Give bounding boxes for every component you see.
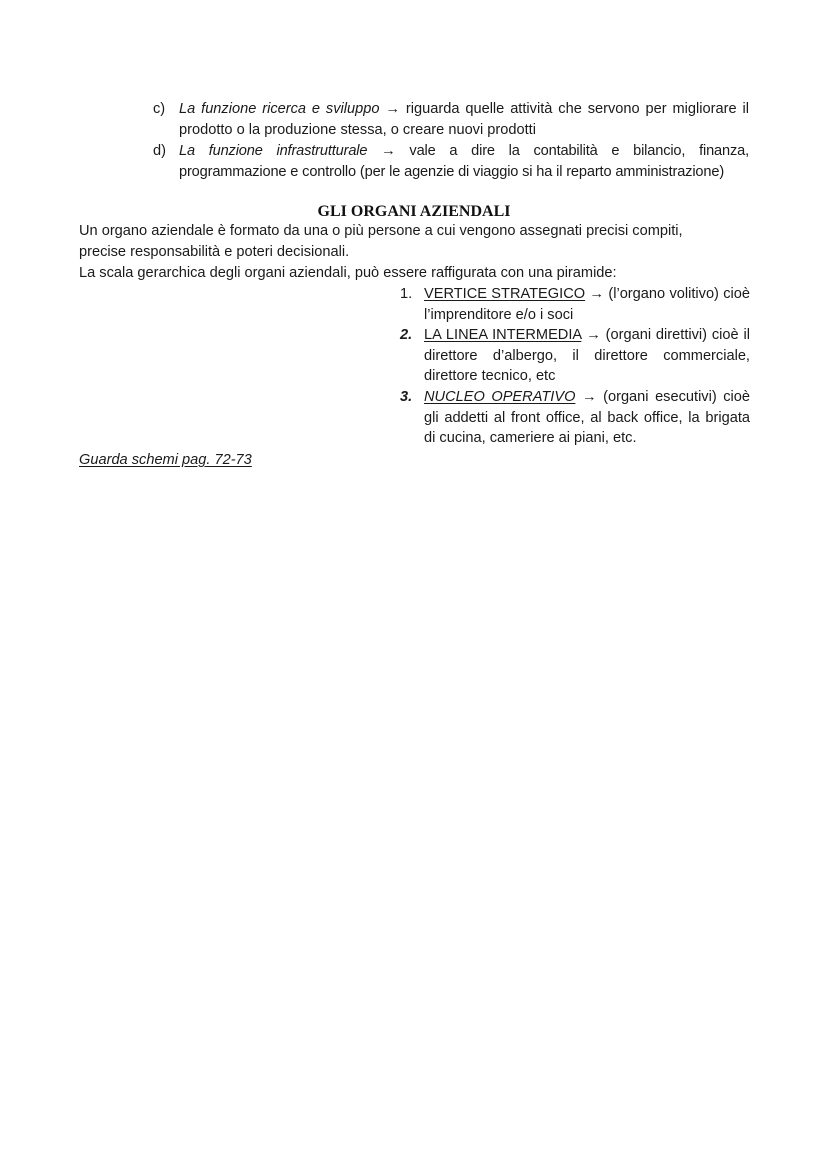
item-title: La funzione infrastrutturale (179, 143, 367, 159)
item-title: VERTICE STRATEGICO (424, 286, 585, 302)
section-heading: GLI ORGANI AZIENDALI (0, 201, 828, 223)
list-marker: 1. (400, 284, 412, 305)
paragraph-definition-line-1: Un organo aziendale è formato da una o p… (79, 221, 759, 242)
arrow-icon: → (385, 101, 400, 117)
list-marker: 3. (400, 387, 412, 408)
item-title: LA LINEA INTERMEDIA (424, 327, 581, 343)
list-item-linea-intermedia: 2. LA LINEA INTERMEDIA → (organi diretti… (400, 325, 750, 387)
list-item-vertice-strategico: 1. VERTICE STRATEGICO → (l’organo voliti… (400, 284, 750, 325)
item-title: La funzione ricerca e sviluppo (179, 101, 379, 117)
list-marker: c) (153, 99, 165, 120)
paragraph-pyramid: La scala gerarchica degli organi azienda… (79, 263, 759, 284)
paragraph-definition-line-2: precise responsabilità e poteri decision… (79, 242, 759, 263)
arrow-icon: → (381, 143, 395, 159)
list-marker: d) (153, 141, 166, 162)
arrow-icon: → (582, 389, 597, 405)
list-marker: 2. (400, 325, 412, 346)
page-reference-link: Guarda schemi pag. 72-73 (79, 450, 252, 471)
item-title: NUCLEO OPERATIVO (424, 389, 575, 405)
list-item-nucleo-operativo: 3. NUCLEO OPERATIVO → (organi esecutivi)… (400, 387, 750, 449)
arrow-icon: → (586, 327, 601, 343)
arrow-icon: → (589, 286, 604, 302)
list-item-funzione-ricerca: c) La funzione ricerca e sviluppo → rigu… (153, 99, 749, 140)
list-item-funzione-infrastrutturale: d) La funzione infrastrutturale → vale a… (153, 141, 749, 182)
